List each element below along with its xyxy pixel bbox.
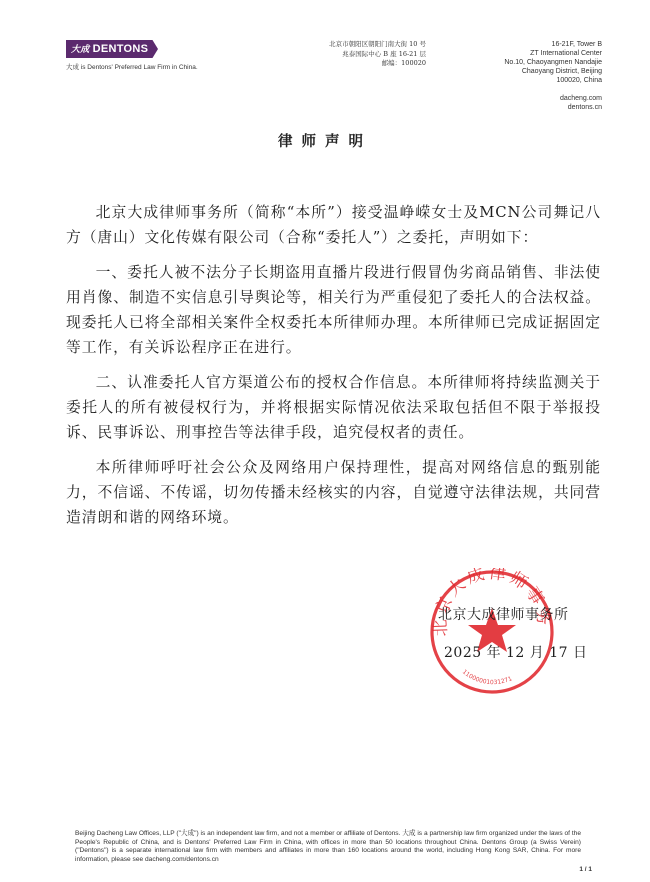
signature-firm: 北京大成律师事务所 [438, 596, 588, 634]
point-one-paragraph: 一、委托人被不法分子长期盗用直播片段进行假冒伪劣商品销售、非法使用肖像、制造不实… [66, 260, 601, 360]
address-en-line: 100020, China [504, 76, 602, 85]
website-dacheng: dacheng.com [504, 94, 602, 103]
dentons-logo: 大成DENTONS [66, 40, 158, 58]
appeal-paragraph: 本所律师呼吁社会公众及网络用户保持理性，提高对网络信息的甄别能力，不信谣、不传谣… [66, 455, 601, 530]
logo-en-text: DENTONS [93, 43, 149, 55]
address-en-line: No.10, Chaoyangmen Nandajie [504, 58, 602, 67]
address-en-line: ZT International Center [504, 49, 602, 58]
address-cn-line: 北京市朝阳区朝阳门南大街 10 号 [329, 40, 426, 50]
address-en-line: Chaoyang District, Beijing [504, 67, 602, 76]
address-en-line: 16-21F, Tower B [504, 40, 602, 49]
tagline: 大成 is Dentons' Preferred Law Firm in Chi… [66, 62, 198, 71]
point-two-paragraph: 二、认准委托人官方渠道公布的授权合作信息。本所律师将持续监测关于委托人的所有被侵… [66, 370, 601, 445]
signature-block: 北京大成律师事务所 2025 年 12 月 17 日 [438, 596, 588, 672]
logo-cn-text: 大成 [71, 45, 90, 55]
intro-paragraph: 北京大成律师事务所（简称“本所”）接受温峥嵘女士及MCN公司舞记八方（唐山）文化… [66, 200, 601, 250]
page-number: 1 / 1 [579, 866, 592, 873]
signature-date: 2025 年 12 月 17 日 [438, 634, 588, 672]
address-english: 16-21F, Tower B ZT International Center … [504, 40, 602, 112]
address-cn-line: 兆泰国际中心 B 座 16-21 层 [329, 50, 426, 60]
footer-disclaimer: Beijing Dacheng Law Offices, LLP ("大成") … [75, 830, 581, 864]
document-title: 律师声明 [0, 130, 650, 151]
website-dentons: dentons.cn [504, 103, 602, 112]
document-body: 北京大成律师事务所（简称“本所”）接受温峥嵘女士及MCN公司舞记八方（唐山）文化… [66, 200, 601, 540]
address-chinese: 北京市朝阳区朝阳门南大街 10 号 兆泰国际中心 B 座 16-21 层 邮编：… [329, 40, 426, 69]
address-cn-line: 邮编：100020 [329, 59, 426, 69]
